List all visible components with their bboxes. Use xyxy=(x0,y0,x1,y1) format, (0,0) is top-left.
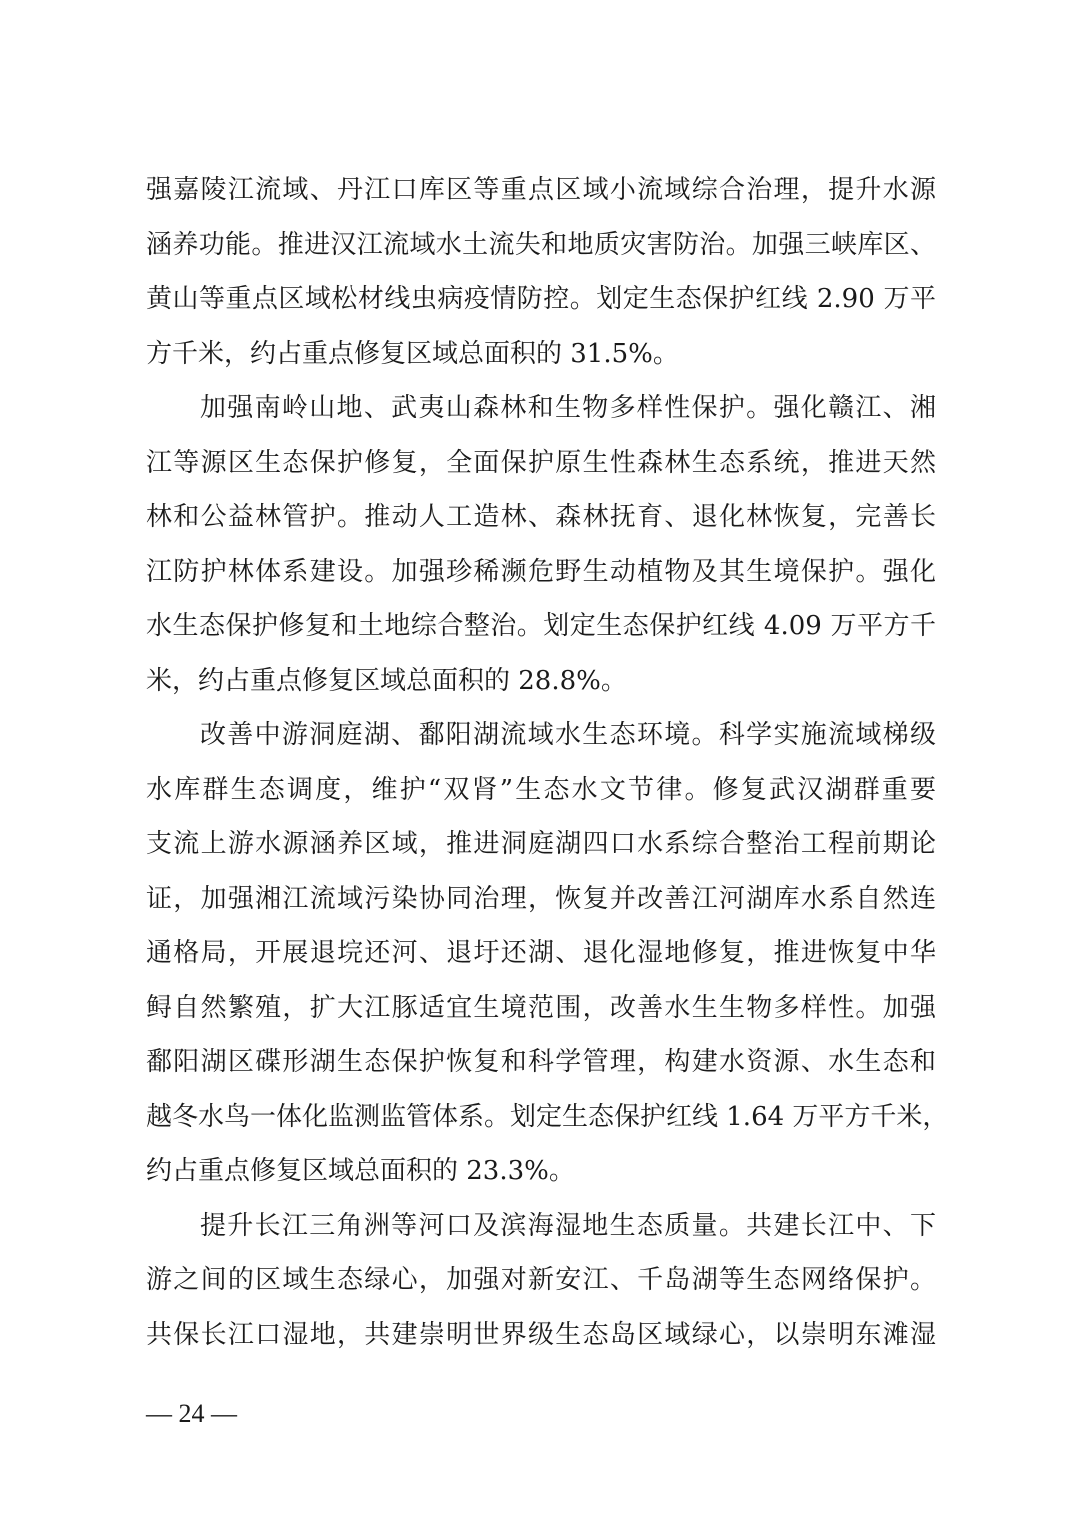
text-line: 游之间的区域生态绿心，加强对新安江、千岛湖等生态网络保护。 xyxy=(146,1253,936,1308)
paragraph-yangtze-delta: 提升长江三角洲等河口及滨海湿地生态质量。共建长江中、下 游之间的区域生态绿心，加… xyxy=(146,1199,936,1363)
paragraph-nanling-wuyishan: 加强南岭山地、武夷山森林和生物多样性保护。强化赣江、湘 江等源区生态保护修复，全… xyxy=(146,381,936,708)
text-line: 共保长江口湿地，共建崇明世界级生态岛区域绿心，以崇明东滩湿 xyxy=(146,1308,936,1363)
text-line: 改善中游洞庭湖、鄱阳湖流域水生态环境。科学实施流域梯级 xyxy=(146,708,936,763)
paragraph-continuation: 强嘉陵江流域、丹江口库区等重点区域小流域综合治理，提升水源 涵养功能。推进汉江流… xyxy=(146,163,936,381)
page-number: — 24 — xyxy=(146,1394,237,1434)
text-line: 水生态保护修复和土地综合整治。划定生态保护红线 4.09 万平方千 xyxy=(146,599,936,654)
text-line: 江防护林体系建设。加强珍稀濒危野生动植物及其生境保护。强化 xyxy=(146,545,936,600)
body-text: 强嘉陵江流域、丹江口库区等重点区域小流域综合治理，提升水源 涵养功能。推进汉江流… xyxy=(146,163,936,1362)
paragraph-dongting-poyang: 改善中游洞庭湖、鄱阳湖流域水生态环境。科学实施流域梯级 水库群生态调度，维护“双… xyxy=(146,708,936,1199)
text-line: 水库群生态调度，维护“双肾”生态水文节律。修复武汉湖群重要 xyxy=(146,763,936,818)
text-line: 涵养功能。推进汉江流域水土流失和地质灾害防治。加强三峡库区、 xyxy=(146,218,936,273)
text-line: 证，加强湘江流域污染协同治理，恢复并改善江河湖库水系自然连 xyxy=(146,872,936,927)
text-line: 林和公益林管护。推动人工造林、森林抚育、退化林恢复，完善长 xyxy=(146,490,936,545)
text-line: 米，约占重点修复区域总面积的 28.8%。 xyxy=(146,654,936,709)
document-page: 强嘉陵江流域、丹江口库区等重点区域小流域综合治理，提升水源 涵养功能。推进汉江流… xyxy=(0,0,1080,1527)
text-line: 提升长江三角洲等河口及滨海湿地生态质量。共建长江中、下 xyxy=(146,1199,936,1254)
text-line: 约占重点修复区域总面积的 23.3%。 xyxy=(146,1144,936,1199)
text-line: 鄱阳湖区碟形湖生态保护恢复和科学管理，构建水资源、水生态和 xyxy=(146,1035,936,1090)
text-line: 越冬水鸟一体化监测监管体系。划定生态保护红线 1.64 万平方千米， xyxy=(146,1090,936,1145)
text-line: 黄山等重点区域松材线虫病疫情防控。划定生态保护红线 2.90 万平 xyxy=(146,272,936,327)
text-line: 鲟自然繁殖，扩大江豚适宜生境范围，改善水生生物多样性。加强 xyxy=(146,981,936,1036)
text-line: 支流上游水源涵养区域，推进洞庭湖四口水系综合整治工程前期论 xyxy=(146,817,936,872)
text-line: 加强南岭山地、武夷山森林和生物多样性保护。强化赣江、湘 xyxy=(146,381,936,436)
text-line: 方千米，约占重点修复区域总面积的 31.5%。 xyxy=(146,327,936,382)
text-line: 强嘉陵江流域、丹江口库区等重点区域小流域综合治理，提升水源 xyxy=(146,163,936,218)
text-line: 江等源区生态保护修复，全面保护原生性森林生态系统，推进天然 xyxy=(146,436,936,491)
text-line: 通格局，开展退垸还河、退圩还湖、退化湿地修复，推进恢复中华 xyxy=(146,926,936,981)
